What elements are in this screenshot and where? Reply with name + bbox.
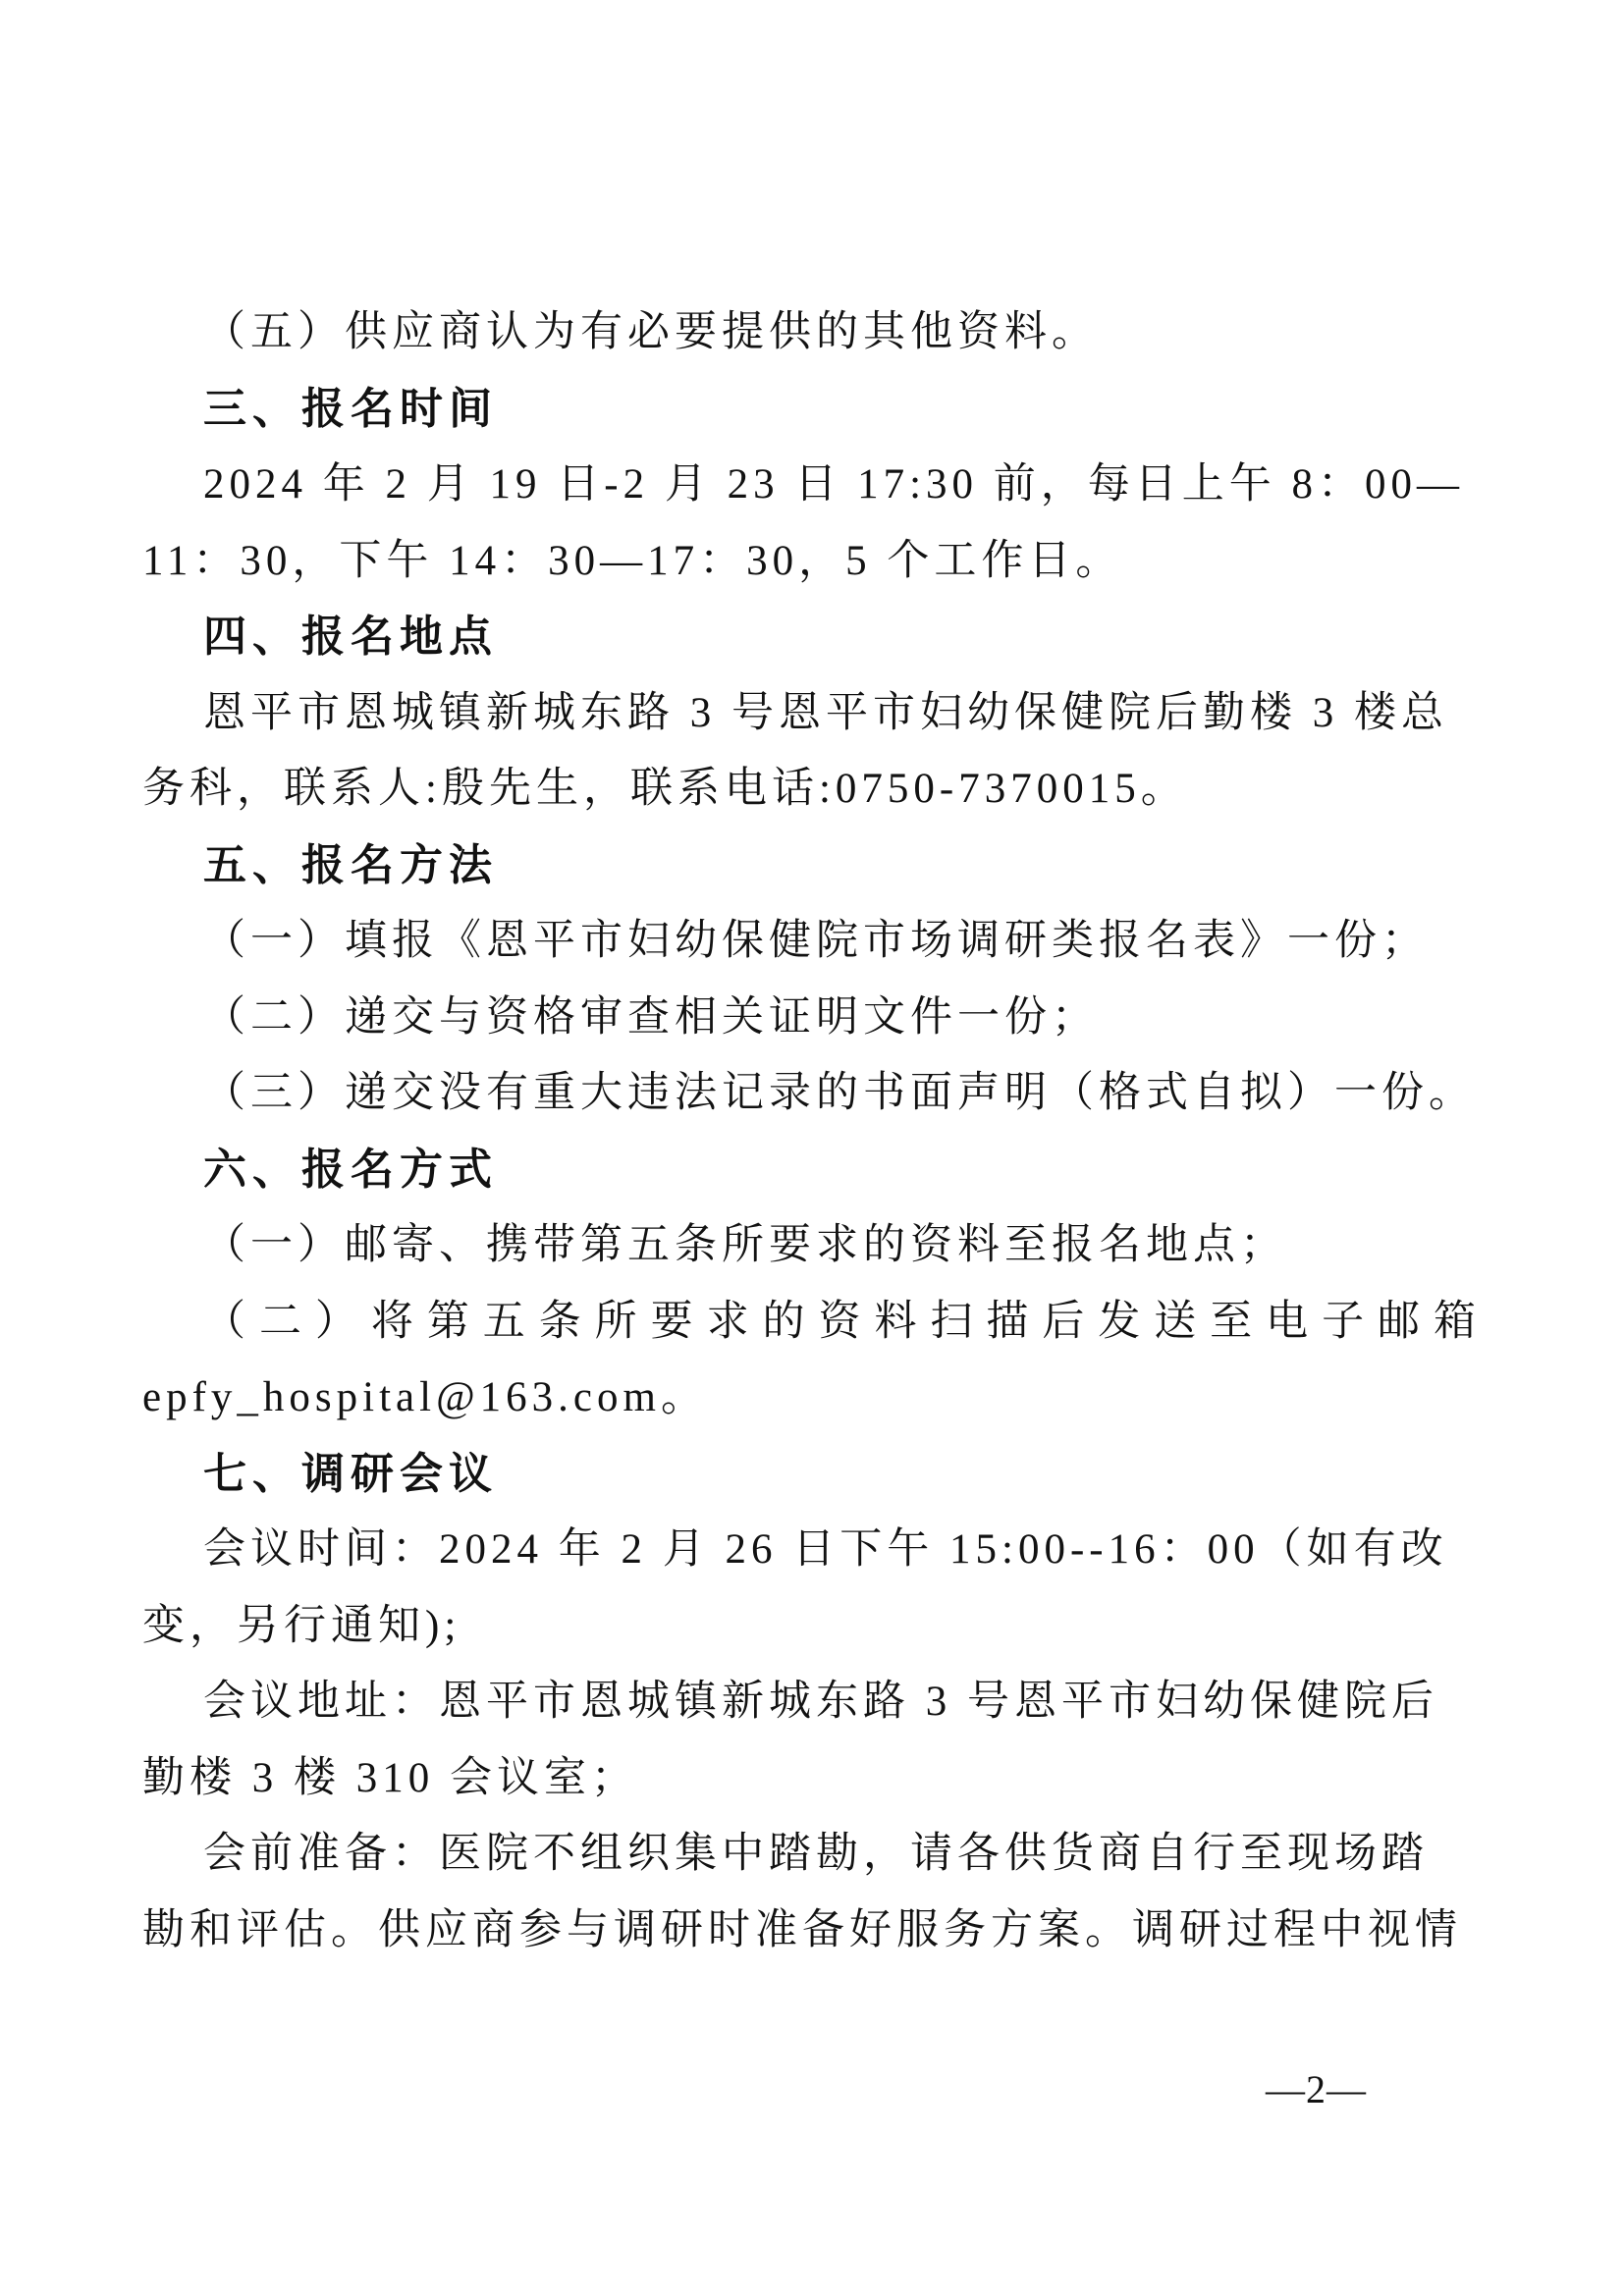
text-line: （二）将第五条所要求的资料扫描后发送至电子邮箱 (142, 1284, 1486, 1361)
text-line: （三）递交没有重大违法记录的书面声明（格式自拟）一份。 (142, 1055, 1486, 1132)
text-line: 会前准备：医院不组织集中踏勘，请各供货商自行至现场踏 (142, 1816, 1486, 1893)
text-line: （一）填报《恩平市妇幼保健院市场调研类报名表》一份； (142, 903, 1486, 980)
email-text: epfy_hospital@163.com。 (142, 1360, 1486, 1436)
text-line: 会议地址：恩平市恩城镇新城东路 3 号恩平市妇幼保健院后 (142, 1664, 1486, 1740)
text-line: 勤楼 3 楼 310 会议室； (142, 1740, 1486, 1817)
section-heading-research-meeting: 七、调研会议 (142, 1436, 1486, 1513)
section-heading-registration-method: 五、报名方法 (142, 828, 1486, 904)
document-page: （五）供应商认为有必要提供的其他资料。 三、报名时间 2024 年 2 月 19… (0, 0, 1624, 2296)
text-line: （一）邮寄、携带第五条所要求的资料至报名地点； (142, 1207, 1486, 1284)
text-line: 勘和评估。供应商参与调研时准备好服务方案。调研过程中视情 (142, 1893, 1486, 1969)
document-body: （五）供应商认为有必要提供的其他资料。 三、报名时间 2024 年 2 月 19… (142, 294, 1486, 1968)
text-line: 11：30，下午 14：30—17：30，5 个工作日。 (142, 523, 1486, 600)
section-heading-registration-way: 六、报名方式 (142, 1132, 1486, 1208)
text-line: 恩平市恩城镇新城东路 3 号恩平市妇幼保健院后勤楼 3 楼总 (142, 675, 1486, 752)
text-line: （二）递交与资格审查相关证明文件一份； (142, 980, 1486, 1056)
text-line: 变，另行通知); (142, 1588, 1486, 1665)
page-number: —2— (1266, 2066, 1367, 2112)
section-heading-registration-time: 三、报名时间 (142, 371, 1486, 448)
text-line: 会议时间：2024 年 2 月 26 日下午 15:00--16：00（如有改 (142, 1512, 1486, 1588)
text-line: 务科，联系人:殷先生，联系电话:0750-7370015。 (142, 751, 1486, 828)
text-line: 2024 年 2 月 19 日-2 月 23 日 17:30 前，每日上午 8：… (142, 447, 1486, 523)
text-line: （五）供应商认为有必要提供的其他资料。 (142, 294, 1486, 371)
section-heading-registration-place: 四、报名地点 (142, 599, 1486, 675)
